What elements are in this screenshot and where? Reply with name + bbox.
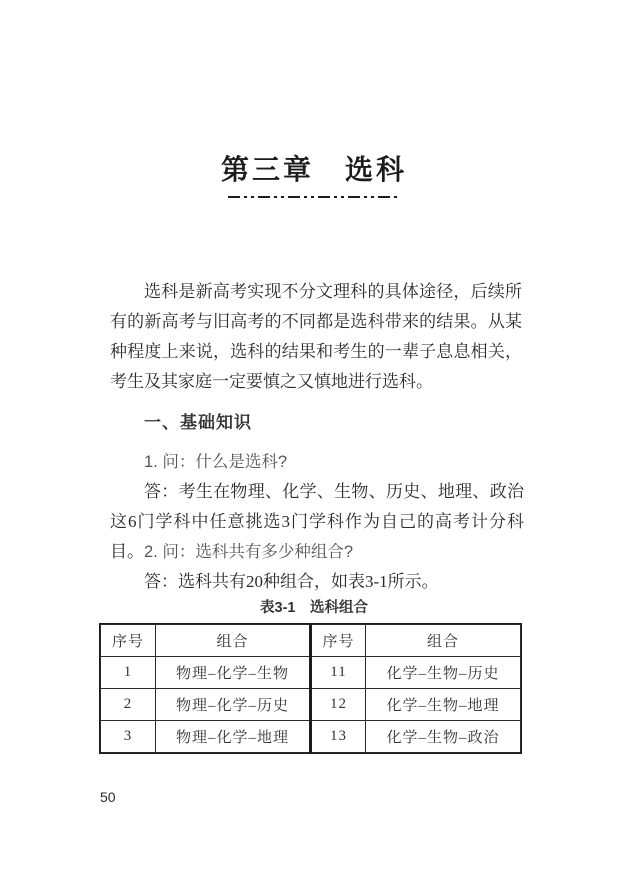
table-cell: 1 — [101, 657, 156, 689]
combinations-table: 序号 组合 序号 组合 1 物理–化学–生物 11 化学–生物–历史 2 物理–… — [100, 624, 521, 753]
chapter-title: 第三章 选科 — [0, 148, 628, 188]
table-cell: 物理–化学–历史 — [156, 689, 311, 721]
table-header-cell: 序号 — [311, 625, 366, 657]
table-header-row: 序号 组合 序号 组合 — [101, 625, 521, 657]
table-cell: 2 — [101, 689, 156, 721]
table-cell: 化学–生物–历史 — [366, 657, 521, 689]
table-cell: 3 — [101, 721, 156, 753]
title-underline-decoration — [228, 196, 400, 198]
answer-2: 答：选科共有20种组合，如表3-1所示。 — [110, 567, 524, 597]
table-header-cell: 序号 — [101, 625, 156, 657]
table-cell: 11 — [311, 657, 366, 689]
table-row: 2 物理–化学–历史 12 化学–生物–地理 — [101, 689, 521, 721]
table-cell: 化学–生物–政治 — [366, 721, 521, 753]
intro-paragraph: 选科是新高考实现不分文理科的具体途径，后续所有的新高考与旧高考的不同都是选科带来… — [110, 277, 522, 397]
table-caption: 表3-1 选科组合 — [0, 596, 628, 617]
question-2: 2. 问：选科共有多少种组合? — [144, 538, 353, 562]
book-page: 第三章 选科 选科是新高考实现不分文理科的具体途径，后续所有的新高考与旧高考的不… — [0, 0, 628, 869]
table-cell: 13 — [311, 721, 366, 753]
table-row: 1 物理–化学–生物 11 化学–生物–历史 — [101, 657, 521, 689]
question-1: 1. 问：什么是选科? — [144, 448, 287, 472]
table-cell: 物理–化学–生物 — [156, 657, 311, 689]
table-cell: 物理–化学–地理 — [156, 721, 311, 753]
section-heading: 一、基础知识 — [144, 408, 252, 433]
table-cell: 12 — [311, 689, 366, 721]
table-row: 3 物理–化学–地理 13 化学–生物–政治 — [101, 721, 521, 753]
table-cell: 化学–生物–地理 — [366, 689, 521, 721]
page-number: 50 — [100, 789, 116, 805]
table-header-cell: 组合 — [156, 625, 311, 657]
table-header-cell: 组合 — [366, 625, 521, 657]
